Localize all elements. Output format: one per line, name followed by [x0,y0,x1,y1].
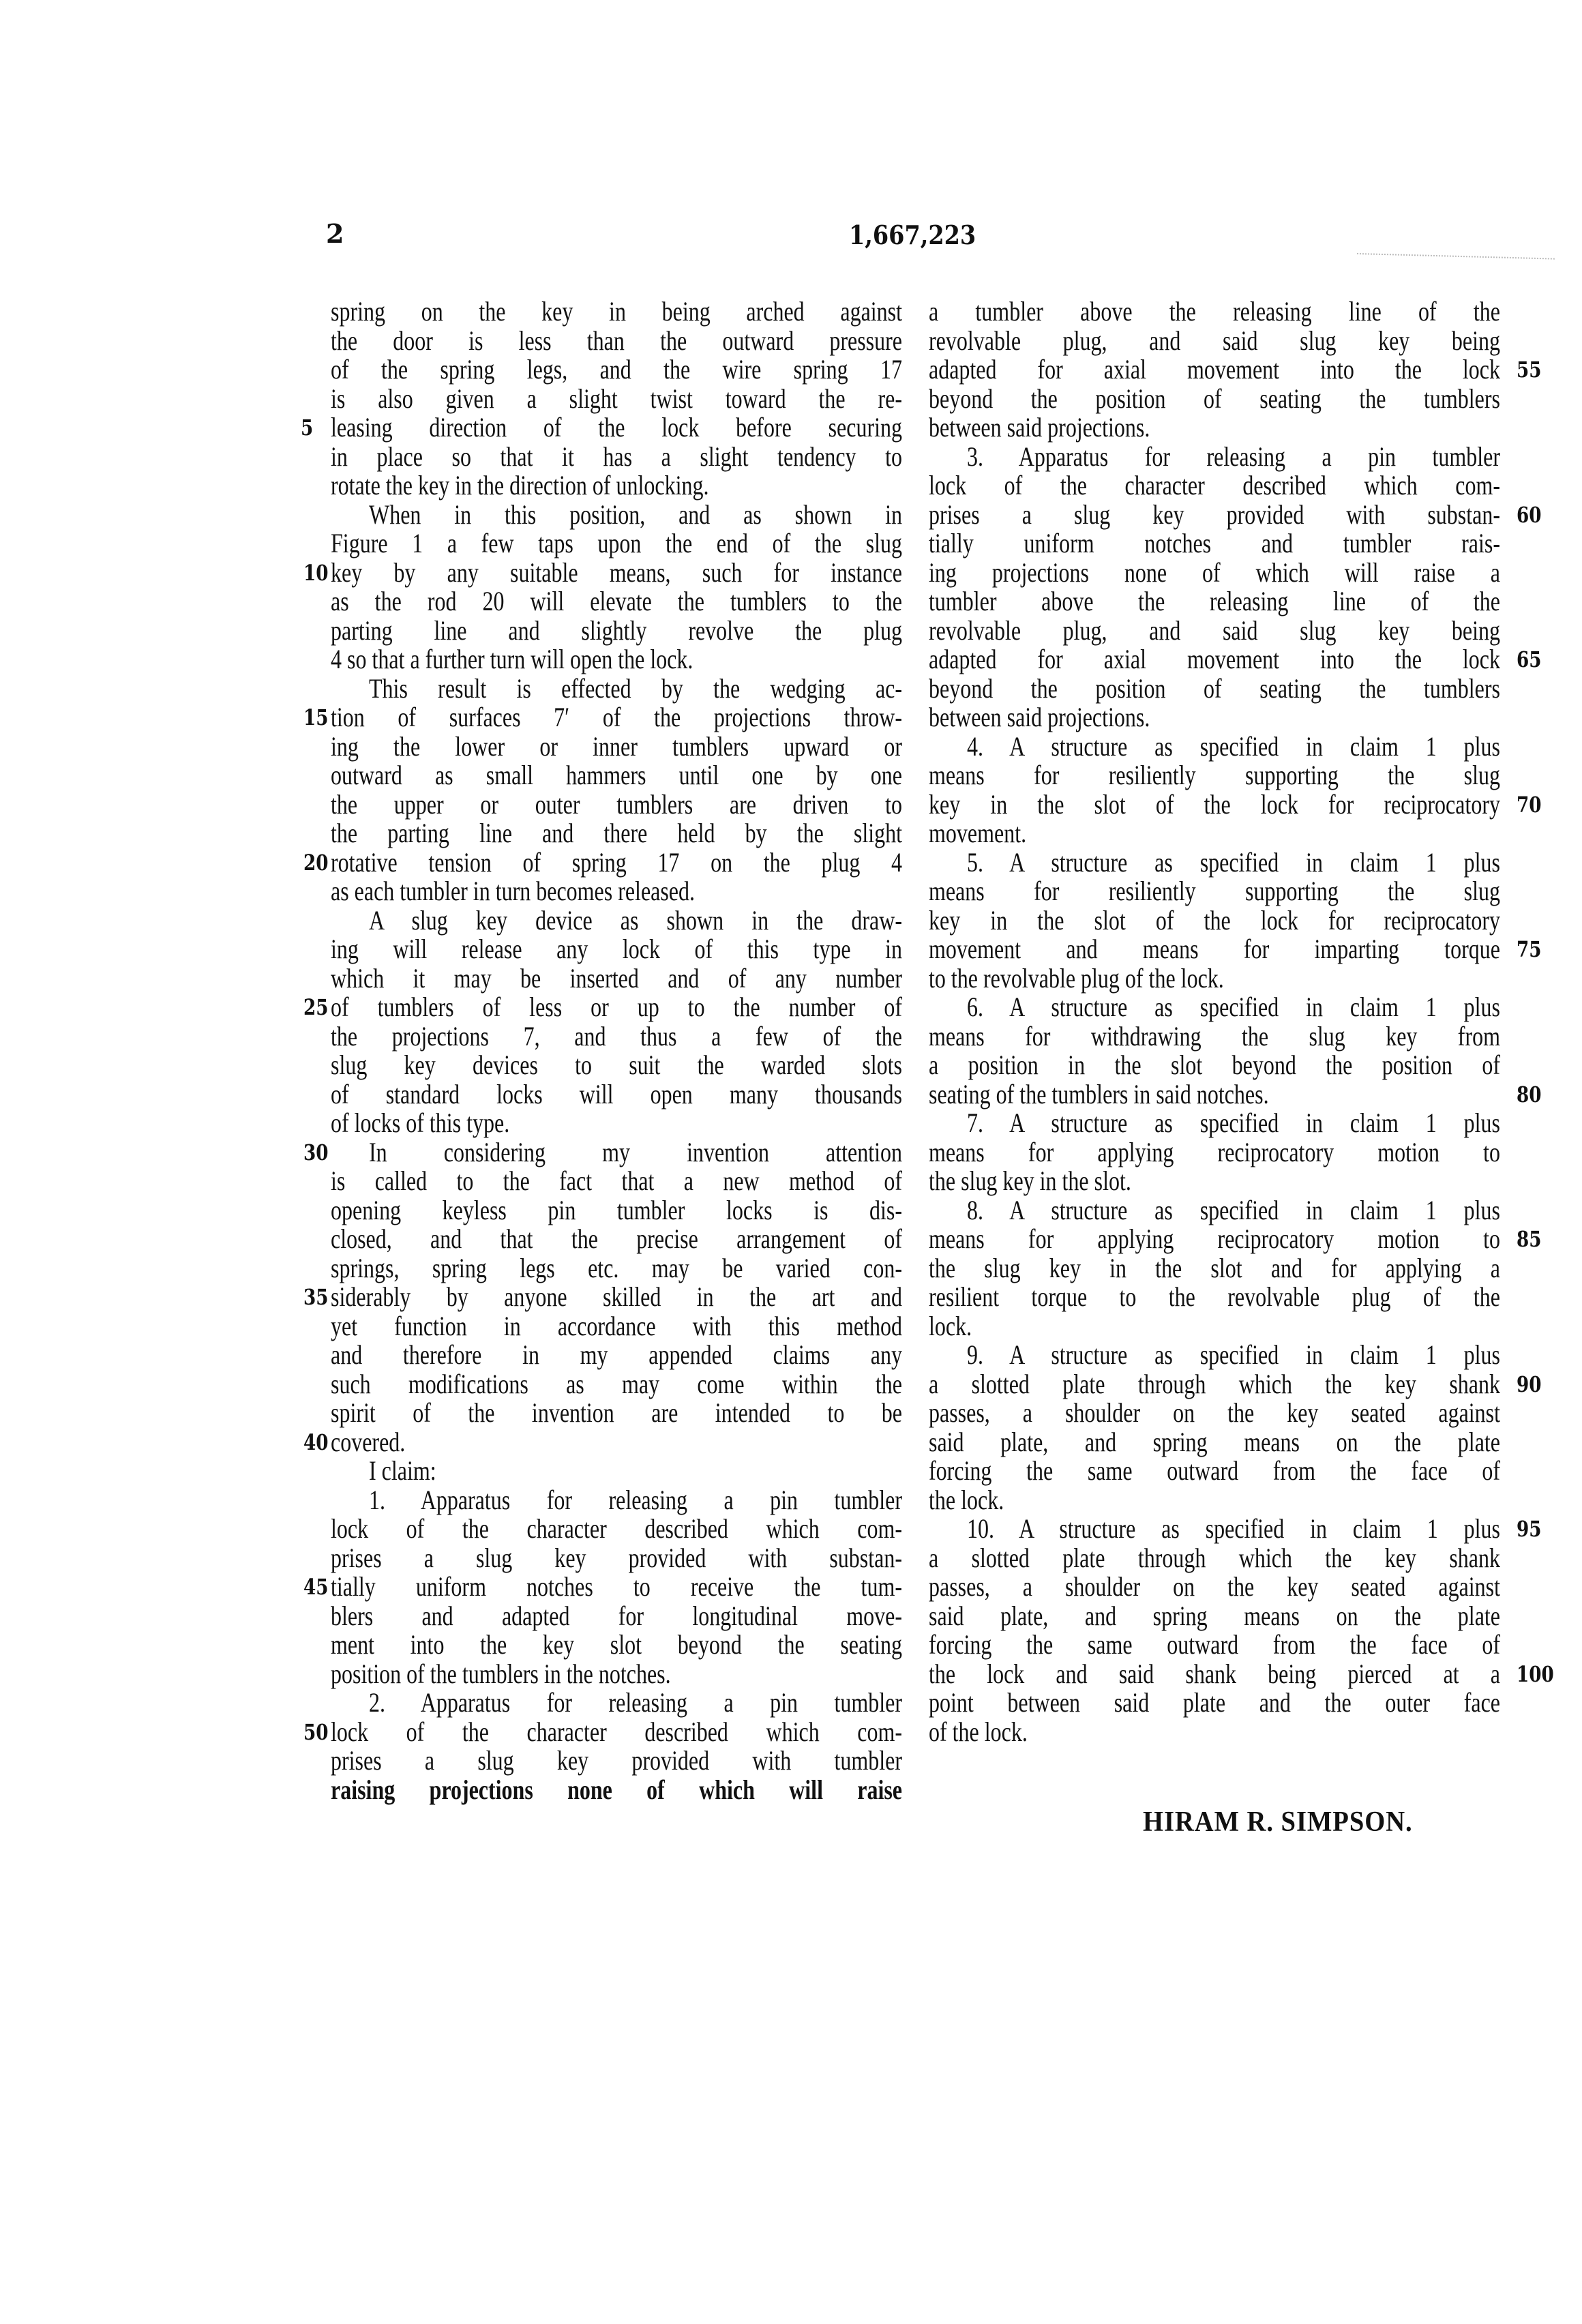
line-text: revolvable plug, and said slug key being [929,616,1500,646]
text-line: outward as small hammers until one by on… [331,761,902,790]
text-line: rotative tension of spring 17 on the plu… [331,848,902,878]
text-line: slug key devices to suit the warded slot… [331,1051,902,1080]
text-line: in place so that it has a slight tendenc… [331,443,902,472]
text-line: 6. A structure as specified in claim 1 p… [929,993,1500,1022]
text-line: means for resiliently supporting the slu… [929,877,1500,906]
line-text: the parting line and there held by the s… [331,819,902,848]
line-text: between said projections. [929,413,1500,443]
line-text: as each tumbler in turn becomes released… [331,877,902,906]
line-text: is called to the fact that a new method … [331,1167,902,1196]
text-line: movement. [929,819,1500,848]
line-text: the slug key in the slot. [929,1167,1500,1196]
line-text: A slug key device as shown in the draw- [331,906,902,936]
right-column: a tumbler above the releasing line of th… [929,297,1500,1746]
text-line: tially uniform notches and tumbler rais- [929,529,1500,558]
text-line: beyond the position of seating the tumbl… [929,385,1500,414]
text-line: means for resiliently supporting the slu… [929,761,1500,790]
line-text: a slotted plate through which the key sh… [929,1544,1500,1573]
text-line: said plate, and spring means on the plat… [929,1602,1500,1631]
line-text: blers and adapted for longitudinal move- [331,1602,902,1631]
line-number: 60 [1517,501,1542,530]
line-text: and therefore in my appended claims any [331,1341,902,1370]
line-text: 4. A structure as specified in claim 1 p… [929,732,1500,762]
text-line: forcing the same outward from the face o… [929,1457,1500,1486]
text-line: the parting line and there held by the s… [331,819,902,848]
text-line: ing will release any lock of this type i… [331,935,902,964]
line-text: lock. [929,1312,1500,1341]
text-line: tially uniform notches to receive the tu… [331,1573,902,1602]
line-text: to the revolvable plug of the lock. [929,964,1500,994]
text-line: which it may be inserted and of any numb… [331,964,902,994]
line-text: means for applying reciprocatory motion … [929,1225,1500,1254]
line-text: of tumblers of less or up to the number … [331,993,902,1022]
line-text: said plate, and spring means on the plat… [929,1602,1500,1631]
line-number: 65 [1517,645,1542,674]
line-number: 45 [303,1573,329,1602]
text-line: forcing the same outward from the face o… [929,1630,1500,1660]
text-line: key in the slot of the lock for reciproc… [929,906,1500,936]
text-line: said plate, and spring means on the plat… [929,1428,1500,1457]
text-line: the lock and said shank being pierced at… [929,1660,1500,1689]
text-line: prises a slug key provided with substan- [331,1544,902,1573]
line-text: raising projections none of which will r… [331,1776,902,1805]
text-line: the slug key in the slot and for applyin… [929,1254,1500,1283]
text-line: key in the slot of the lock for reciproc… [929,790,1500,820]
text-line: is called to the fact that a new method … [331,1167,902,1196]
text-line: the upper or outer tumblers are driven t… [331,790,902,820]
text-line: lock of the character described which co… [331,1515,902,1544]
text-line: 1. Apparatus for releasing a pin tumbler [331,1486,902,1515]
text-line: between said projections. [929,703,1500,732]
line-text: 1. Apparatus for releasing a pin tumbler [331,1486,902,1515]
text-line: leasing direction of the lock before sec… [331,413,902,443]
line-text: position of the tumblers in the notches. [331,1660,902,1689]
text-line: tion of surfaces 7′ of the projections t… [331,703,902,732]
text-line: seating of the tumblers in said notches.… [929,1080,1500,1109]
line-text: beyond the position of seating the tumbl… [929,385,1500,414]
text-line: raising projections none of which will r… [331,1776,902,1805]
text-line: the slug key in the slot. [929,1167,1500,1196]
line-text: key by any suitable means, such for inst… [331,558,902,588]
line-number: 35 [303,1283,329,1312]
patent-number: 1,667,223 [849,220,976,250]
text-line: means for withdrawing the slug key from [929,1022,1500,1052]
text-line: prises a slug key provided with substan-… [929,501,1500,530]
line-text: of standard locks will open many thousan… [331,1080,902,1109]
text-line: a tumbler above the releasing line of th… [929,297,1500,327]
line-text: In considering my invention attention [331,1138,902,1167]
line-text: slug key devices to suit the warded slot… [331,1051,902,1080]
text-line: as each tumbler in turn becomes released… [331,877,902,906]
text-line: parting line and slightly revolve the pl… [331,616,902,646]
line-text: such modifications as may come within th… [331,1370,902,1399]
text-line: means for applying reciprocatory motion … [929,1138,1500,1167]
line-text: prises a slug key provided with tumbler [331,1746,902,1776]
line-text: adapted for axial movement into the lock [929,355,1500,385]
line-text: is also given a slight twist toward the … [331,385,902,414]
text-line: is also given a slight twist toward the … [331,385,902,414]
text-line: rotate the key in the direction of unloc… [331,471,902,501]
text-line: of locks of this type. [331,1109,902,1138]
line-text: ment into the key slot beyond the seatin… [331,1630,902,1660]
line-number: 55 [1517,355,1542,385]
text-line: a position in the slot beyond the positi… [929,1051,1500,1080]
line-text: movement and means for imparting torque [929,935,1500,964]
line-text: resilient torque to the revolvable plug … [929,1283,1500,1312]
text-line: A slug key device as shown in the draw- [331,906,902,936]
line-number: 90 [1517,1370,1542,1399]
line-text: 3. Apparatus for releasing a pin tumbler [929,443,1500,472]
line-text: opening keyless pin tumbler locks is dis… [331,1196,902,1225]
line-text: I claim: [331,1457,902,1486]
line-text: When in this position, and as shown in [331,501,902,530]
line-text: 4 so that a further turn will open the l… [331,645,902,674]
line-text: 5. A structure as specified in claim 1 p… [929,848,1500,878]
line-text: seating of the tumblers in said notches. [929,1080,1500,1109]
line-number: 85 [1517,1225,1542,1254]
line-text: of locks of this type. [331,1109,902,1138]
line-text: point between said plate and the outer f… [929,1688,1500,1718]
line-text: between said projections. [929,703,1500,732]
line-text: forcing the same outward from the face o… [929,1630,1500,1660]
line-text: of the spring legs, and the wire spring … [331,355,902,385]
line-number: 5 [301,413,313,443]
text-line: When in this position, and as shown in [331,501,902,530]
line-text: key in the slot of the lock for reciproc… [929,790,1500,820]
text-line: 5. A structure as specified in claim 1 p… [929,848,1500,878]
text-line: closed, and that the precise arrangement… [331,1225,902,1254]
line-text: outward as small hammers until one by on… [331,761,902,790]
line-number: 50 [303,1718,329,1747]
line-text: 9. A structure as specified in claim 1 p… [929,1341,1500,1370]
line-text: means for withdrawing the slug key from [929,1022,1500,1052]
line-text: tumbler above the releasing line of the [929,587,1500,616]
line-text: ing the lower or inner tumblers upward o… [331,732,902,762]
line-number: 80 [1517,1080,1542,1109]
line-text: passes, a shoulder on the key seated aga… [929,1399,1500,1428]
line-number: 20 [303,848,329,878]
text-line: of standard locks will open many thousan… [331,1080,902,1109]
text-line: Figure 1 a few taps upon the end of the … [331,529,902,558]
line-text: the slug key in the slot and for applyin… [929,1254,1500,1283]
line-text: closed, and that the precise arrangement… [331,1225,902,1254]
line-text: which it may be inserted and of any numb… [331,964,902,994]
line-text: a slotted plate through which the key sh… [929,1370,1500,1399]
line-text: the door is less than the outward pressu… [331,327,902,356]
left-column: spring on the key in being arched agains… [331,297,902,1804]
text-line: 9. A structure as specified in claim 1 p… [929,1341,1500,1370]
text-line: 3. Apparatus for releasing a pin tumbler [929,443,1500,472]
text-line: covered.40 [331,1428,902,1457]
text-line: passes, a shoulder on the key seated aga… [929,1573,1500,1602]
line-text: in place so that it has a slight tendenc… [331,443,902,472]
line-text: 8. A structure as specified in claim 1 p… [929,1196,1500,1225]
text-line: revolvable plug, and said slug key being [929,616,1500,646]
text-line: In considering my invention attention30 [331,1138,902,1167]
text-line: ing projections none of which will raise… [929,558,1500,588]
line-text: spring on the key in being arched agains… [331,297,902,327]
text-line: siderably by anyone skilled in the art a… [331,1283,902,1312]
text-line: lock of the character described which co… [331,1718,902,1747]
text-line: resilient torque to the revolvable plug … [929,1283,1500,1312]
line-text: revolvable plug, and said slug key being [929,327,1500,356]
text-line: adapted for axial movement into the lock… [929,645,1500,674]
line-text: spirit of the invention are intended to … [331,1399,902,1428]
line-text: passes, a shoulder on the key seated aga… [929,1573,1500,1602]
line-text: ing will release any lock of this type i… [331,935,902,964]
text-line: I claim: [331,1457,902,1486]
line-text: Figure 1 a few taps upon the end of the … [331,529,902,558]
text-line: 8. A structure as specified in claim 1 p… [929,1196,1500,1225]
line-number: 95 [1517,1515,1542,1544]
line-text: means for resiliently supporting the slu… [929,761,1500,790]
line-text: means for resiliently supporting the slu… [929,877,1500,906]
line-text: the projections 7, and thus a few of the [331,1022,902,1052]
line-text: means for applying reciprocatory motion … [929,1138,1500,1167]
text-line: spirit of the invention are intended to … [331,1399,902,1428]
text-line: 7. A structure as specified in claim 1 p… [929,1109,1500,1138]
line-text: adapted for axial movement into the lock [929,645,1500,674]
text-line: ing the lower or inner tumblers upward o… [331,732,902,762]
text-line: 10. A structure as specified in claim 1 … [929,1515,1500,1544]
text-line: the projections 7, and thus a few of the [331,1022,902,1052]
line-text: a position in the slot beyond the positi… [929,1051,1500,1080]
line-text: the upper or outer tumblers are driven t… [331,790,902,820]
line-text: prises a slug key provided with substan- [331,1544,902,1573]
line-text: tion of surfaces 7′ of the projections t… [331,703,902,732]
line-text: yet function in accordance with this met… [331,1312,902,1341]
text-line: position of the tumblers in the notches. [331,1660,902,1689]
page-number: 2 [326,218,343,249]
text-line: movement and means for imparting torque7… [929,935,1500,964]
text-line: lock of the character described which co… [929,471,1500,501]
line-text: 6. A structure as specified in claim 1 p… [929,993,1500,1022]
text-line: the door is less than the outward pressu… [331,327,902,356]
line-number: 75 [1517,935,1542,964]
line-number: 70 [1517,790,1542,820]
line-text: parting line and slightly revolve the pl… [331,616,902,646]
line-text: tially uniform notches and tumbler rais- [929,529,1500,558]
text-line: to the revolvable plug of the lock. [929,964,1500,994]
line-number: 40 [303,1428,329,1457]
line-text: forcing the same outward from the face o… [929,1457,1500,1486]
line-text: lock of the character described which co… [929,471,1500,501]
line-text: This result is effected by the wedging a… [331,674,902,704]
text-line: passes, a shoulder on the key seated aga… [929,1399,1500,1428]
line-text: 7. A structure as specified in claim 1 p… [929,1109,1500,1138]
text-line: and therefore in my appended claims any [331,1341,902,1370]
text-line: blers and adapted for longitudinal move- [331,1602,902,1631]
text-line: between said projections. [929,413,1500,443]
line-text: as the rod 20 will elevate the tumblers … [331,587,902,616]
line-number: 10 [303,558,329,588]
line-text: beyond the position of seating the tumbl… [929,674,1500,704]
text-line: key by any suitable means, such for inst… [331,558,902,588]
line-text: rotate the key in the direction of unloc… [331,471,902,501]
scan-artifact-line [1357,253,1555,260]
line-text: the lock and said shank being pierced at… [929,1660,1500,1689]
line-number: 30 [303,1138,329,1167]
line-text: the lock. [929,1486,1500,1515]
line-text: key in the slot of the lock for reciproc… [929,906,1500,936]
text-line: a slotted plate through which the key sh… [929,1544,1500,1573]
line-text: said plate, and spring means on the plat… [929,1428,1500,1457]
text-line: such modifications as may come within th… [331,1370,902,1399]
text-line: lock. [929,1312,1500,1341]
line-text: leasing direction of the lock before sec… [331,413,902,443]
line-number: 15 [303,703,329,732]
text-line: 2. Apparatus for releasing a pin tumbler [331,1688,902,1718]
text-line: prises a slug key provided with tumbler [331,1746,902,1776]
text-line: opening keyless pin tumbler locks is dis… [331,1196,902,1225]
text-line: of tumblers of less or up to the number … [331,993,902,1022]
line-text: covered. [331,1428,902,1457]
line-number: 25 [303,993,329,1022]
text-line: adapted for axial movement into the lock… [929,355,1500,385]
line-text: of the lock. [929,1718,1500,1747]
text-line: point between said plate and the outer f… [929,1688,1500,1718]
line-text: a tumbler above the releasing line of th… [929,297,1500,327]
line-text: ing projections none of which will raise… [929,558,1500,588]
line-text: lock of the character described which co… [331,1515,902,1544]
line-number: 100 [1517,1660,1554,1689]
text-line: means for applying reciprocatory motion … [929,1225,1500,1254]
text-line: spring on the key in being arched agains… [331,297,902,327]
text-line: yet function in accordance with this met… [331,1312,902,1341]
line-text: 10. A structure as specified in claim 1 … [929,1515,1500,1544]
line-text: lock of the character described which co… [331,1718,902,1747]
text-line: ment into the key slot beyond the seatin… [331,1630,902,1660]
text-line: of the lock. [929,1718,1500,1747]
line-text: tially uniform notches to receive the tu… [331,1573,902,1602]
line-text: prises a slug key provided with substan- [929,501,1500,530]
text-line: 4 so that a further turn will open the l… [331,645,902,674]
text-line: as the rod 20 will elevate the tumblers … [331,587,902,616]
text-line: revolvable plug, and said slug key being [929,327,1500,356]
text-line: beyond the position of seating the tumbl… [929,674,1500,704]
line-text: movement. [929,819,1500,848]
text-line: This result is effected by the wedging a… [331,674,902,704]
line-text: springs, spring legs etc. may be varied … [331,1254,902,1283]
text-line: springs, spring legs etc. may be varied … [331,1254,902,1283]
text-line: the lock. [929,1486,1500,1515]
line-text: 2. Apparatus for releasing a pin tumbler [331,1688,902,1718]
text-line: 4. A structure as specified in claim 1 p… [929,732,1500,762]
text-line: a slotted plate through which the key sh… [929,1370,1500,1399]
inventor-signature: HIRAM R. SIMPSON. [1143,1806,1413,1838]
text-line: tumbler above the releasing line of the [929,587,1500,616]
line-text: siderably by anyone skilled in the art a… [331,1283,902,1312]
text-line: of the spring legs, and the wire spring … [331,355,902,385]
line-text: rotative tension of spring 17 on the plu… [331,848,902,878]
